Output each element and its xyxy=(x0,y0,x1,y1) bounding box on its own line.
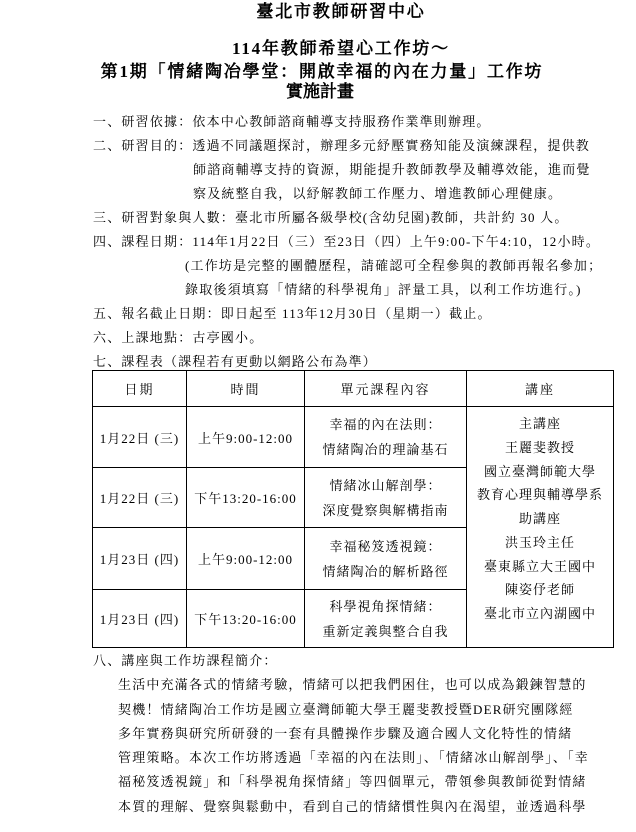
cell-time: 下午13:20-16:00 xyxy=(187,590,305,648)
instructor-affiliation: 國立臺灣師範大學 xyxy=(467,460,613,484)
content-line: 重新定義與整合自我 xyxy=(305,619,466,644)
cell-time: 下午13:20-16:00 xyxy=(187,468,305,528)
intro-paragraph-line: 多年實務與研究所研發的一套有具體操作步驟及適合國人文化特性的情緒 xyxy=(93,722,589,746)
section-dates-note: 錄取後須填寫「情緒的科學視角」評量工具，以利工作坊進行。) xyxy=(93,278,602,302)
column-header-instructor: 講座 xyxy=(467,371,614,407)
intro-paragraph-line: 契機！情緒陶冶工作坊是國立臺灣師範大學王麗斐教授暨DER研究團隊經 xyxy=(93,698,589,722)
cell-content: 情緒冰山解剖學： 深度覺察與解構指南 xyxy=(305,468,467,528)
instructor-name: 陳姿伃老師 xyxy=(467,578,613,602)
cell-content: 幸福秘笈透視鏡： 情緒陶冶的解析路徑 xyxy=(305,528,467,590)
section-basis: 一、研習依據：依本中心教師諮商輔導支持服務作業準則辦理。 xyxy=(93,110,602,134)
cell-time: 上午9:00-12:00 xyxy=(187,407,305,468)
intro-heading: 八、講座與工作坊課程簡介： xyxy=(93,649,589,673)
column-header-content: 單元課程內容 xyxy=(305,371,467,407)
instructor-name: 洪玉玲主任 xyxy=(467,531,613,555)
cell-instructors: 主講座 王麗斐教授 國立臺灣師範大學 教育心理與輔導學系 助講座 洪玉玲主任 臺… xyxy=(467,407,614,648)
program-title: 114年教師希望心工作坊～ xyxy=(0,39,636,59)
organization-title: 臺北市教師研習中心 xyxy=(0,2,636,22)
cell-content: 幸福的內在法則： 情緒陶冶的理論基石 xyxy=(305,407,467,468)
section-deadline: 五、報名截止日期：即日起至 113年12月30日（星期一）截止。 xyxy=(93,302,602,326)
cell-time: 上午9:00-12:00 xyxy=(187,528,305,590)
schedule-table: 日期 時間 單元課程內容 講座 1月22日 (三) 上午9:00-12:00 幸… xyxy=(92,370,614,648)
content-line: 幸福的內在法則： xyxy=(305,412,466,437)
cell-date: 1月22日 (三) xyxy=(93,407,187,468)
content-line: 科學視角探情緒： xyxy=(305,594,466,619)
table-header-row: 日期 時間 單元課程內容 講座 xyxy=(93,371,614,407)
section-dates: 四、課程日期：114年1月22日（三）至23日（四）上午9:00-下午4:10，… xyxy=(93,230,602,254)
content-line: 情緒陶冶的理論基石 xyxy=(305,437,466,462)
intro-paragraph-line: 福秘笈透視鏡」和「科學視角探情緒」等四個單元，帶領參與教師從對情緒 xyxy=(93,770,589,794)
content-line: 情緒陶冶的解析路徑 xyxy=(305,559,466,584)
section-location: 六、上課地點：古亭國小。 xyxy=(93,326,602,350)
course-introduction: 八、講座與工作坊課程簡介： 生活中充滿各式的情緒考驗，情緒可以把我們困住，也可以… xyxy=(93,649,589,819)
instructor-role-main: 主講座 xyxy=(467,412,613,436)
section-purpose-continued: 師諮商輔導支持的資源，期能提升教師教學及輔導效能，進而覺 xyxy=(93,158,602,182)
document-type-title: 實施計畫 xyxy=(0,82,636,102)
intro-paragraph-line: 本質的理解、覺察與鬆動中，看到自己的情緒慣性與內在渴望，並透過科學 xyxy=(93,795,589,819)
cell-date: 1月22日 (三) xyxy=(93,468,187,528)
content-line: 深度覺察與解構指南 xyxy=(305,498,466,523)
cell-date: 1月23日 (四) xyxy=(93,528,187,590)
instructor-department: 教育心理與輔導學系 xyxy=(467,483,613,507)
intro-paragraph-line: 生活中充滿各式的情緒考驗，情緒可以把我們困住，也可以成為鍛鍊智慧的 xyxy=(93,673,589,697)
section-participants: 三、研習對象與人數：臺北市所屬各級學校(含幼兒園)教師，共計約 30 人。 xyxy=(93,206,602,230)
column-header-time: 時間 xyxy=(187,371,305,407)
table-row: 1月22日 (三) 上午9:00-12:00 幸福的內在法則： 情緒陶冶的理論基… xyxy=(93,407,614,468)
column-header-date: 日期 xyxy=(93,371,187,407)
instructor-affiliation: 臺北市立內湖國中 xyxy=(467,602,613,626)
cell-content: 科學視角探情緒： 重新定義與整合自我 xyxy=(305,590,467,648)
content-line: 情緒冰山解剖學： xyxy=(305,473,466,498)
section-purpose: 二、研習目的：透過不同議題探討，辦理多元紓壓實務知能及演練課程，提供教 xyxy=(93,134,602,158)
content-line: 幸福秘笈透視鏡： xyxy=(305,534,466,559)
workshop-title: 第1期「情緒陶冶學堂：開啟幸福的內在力量」工作坊 xyxy=(0,62,636,82)
instructor-role-assistant: 助講座 xyxy=(467,507,613,531)
instructor-affiliation: 臺東縣立大王國中 xyxy=(467,555,613,579)
plan-sections: 一、研習依據：依本中心教師諮商輔導支持服務作業準則辦理。 二、研習目的：透過不同… xyxy=(93,110,602,374)
instructor-name: 王麗斐教授 xyxy=(467,436,613,460)
cell-date: 1月23日 (四) xyxy=(93,590,187,648)
section-purpose-continued: 察及統整自我，以紓解教師工作壓力、增進教師心理健康。 xyxy=(93,182,602,206)
intro-paragraph-line: 管理策略。本次工作坊將透過「幸福的內在法則」、「情緒冰山解剖學」、「幸 xyxy=(93,746,589,770)
section-dates-note: (工作坊是完整的團體歷程，請確認可全程參與的教師再報名參加； xyxy=(93,254,602,278)
